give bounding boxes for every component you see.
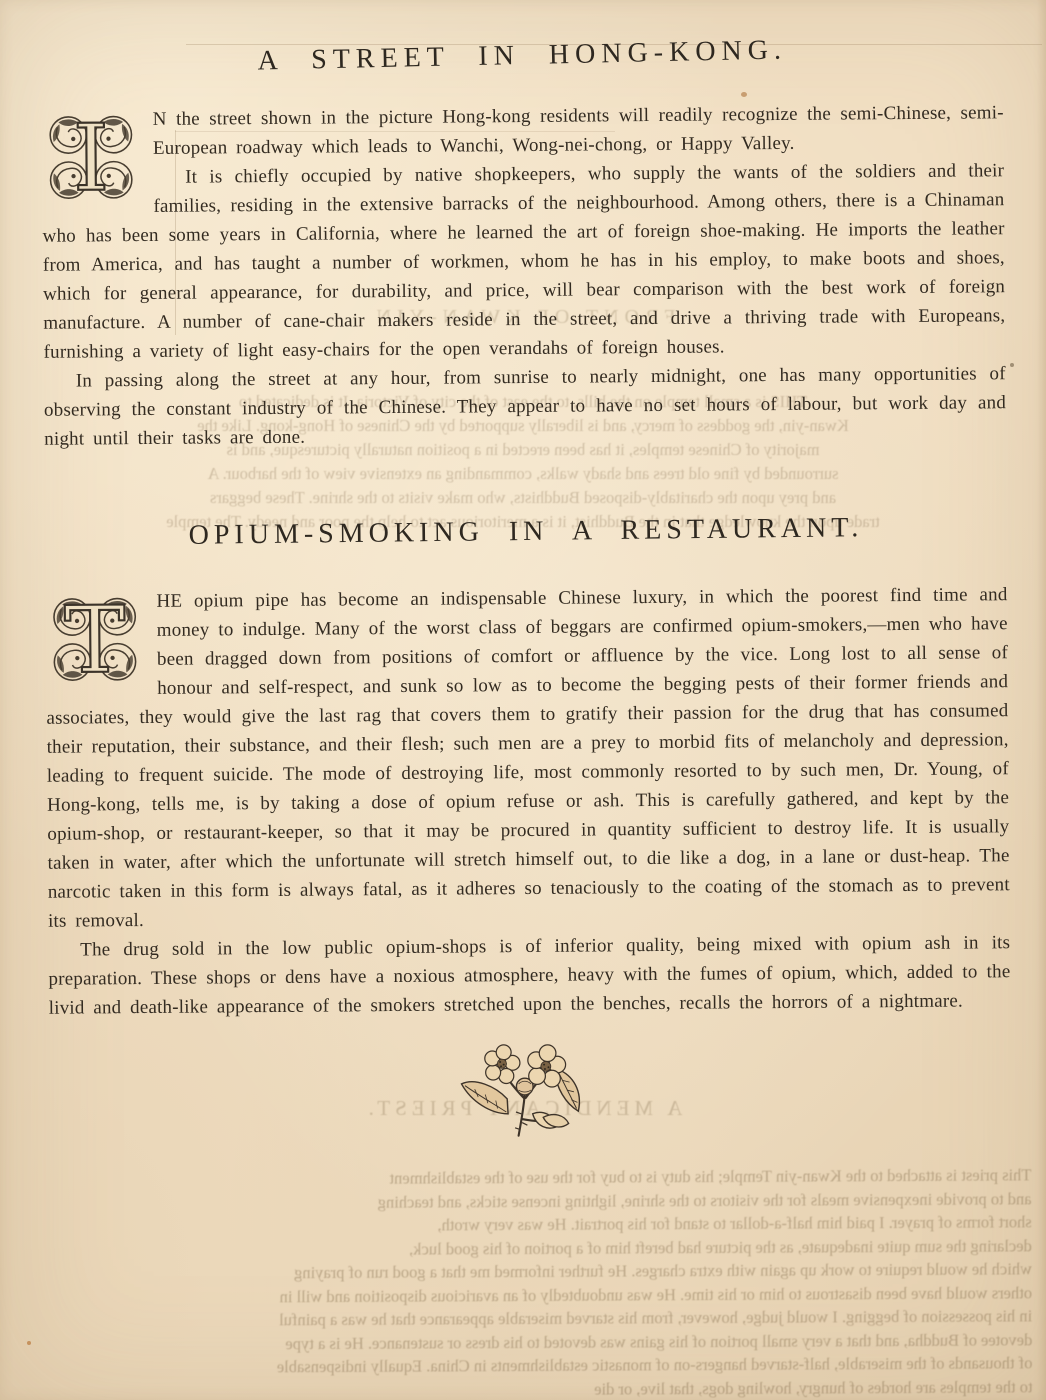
book-page: FRONT OF KWAN-YIN THIS is a small temple…	[0, 0, 1046, 1400]
paper-speck	[741, 92, 747, 97]
paper-speck	[1010, 363, 1014, 367]
flower-b	[528, 1045, 566, 1087]
showthrough-bottom-block: This priest is attached to the Kwan-yin …	[0, 1163, 1046, 1400]
article-title-street: A STREET IN HONG-KONG.	[41, 30, 1003, 82]
paragraph-street-3: In passing along the street at any hour,…	[44, 359, 1007, 454]
floral-ornament-icon	[448, 1040, 598, 1141]
ornamental-initial-I: I	[44, 110, 139, 205]
article-title-opium: OPIUM-SMOKING IN A RESTAURANT.	[45, 511, 1007, 554]
article-opium: T HE opium pipe has become an indispensa…	[45, 580, 1010, 1023]
page-edge-shading	[1037, 0, 1046, 1400]
drop-cap-letter: T	[64, 592, 126, 687]
paragraph-opium-1: HE opium pipe has become an indispensabl…	[45, 580, 1010, 936]
paper-speck	[27, 1341, 31, 1345]
article-street: I N the street shown in the picture Hong…	[42, 98, 1007, 454]
page-content: A STREET IN HONG-KONG. I	[41, 0, 1011, 1023]
drop-cap-letter: I	[72, 110, 109, 205]
paragraph-street-1: N the street shown in the picture Hong-k…	[42, 98, 1004, 164]
flower-a	[485, 1045, 520, 1084]
paragraph-opium-2: The drug sold in the low public opium-sh…	[48, 928, 1011, 1023]
ornamental-initial-T: T	[47, 592, 142, 687]
paragraph-street-2: It is chiefly occupied by native shopkee…	[42, 156, 1006, 367]
